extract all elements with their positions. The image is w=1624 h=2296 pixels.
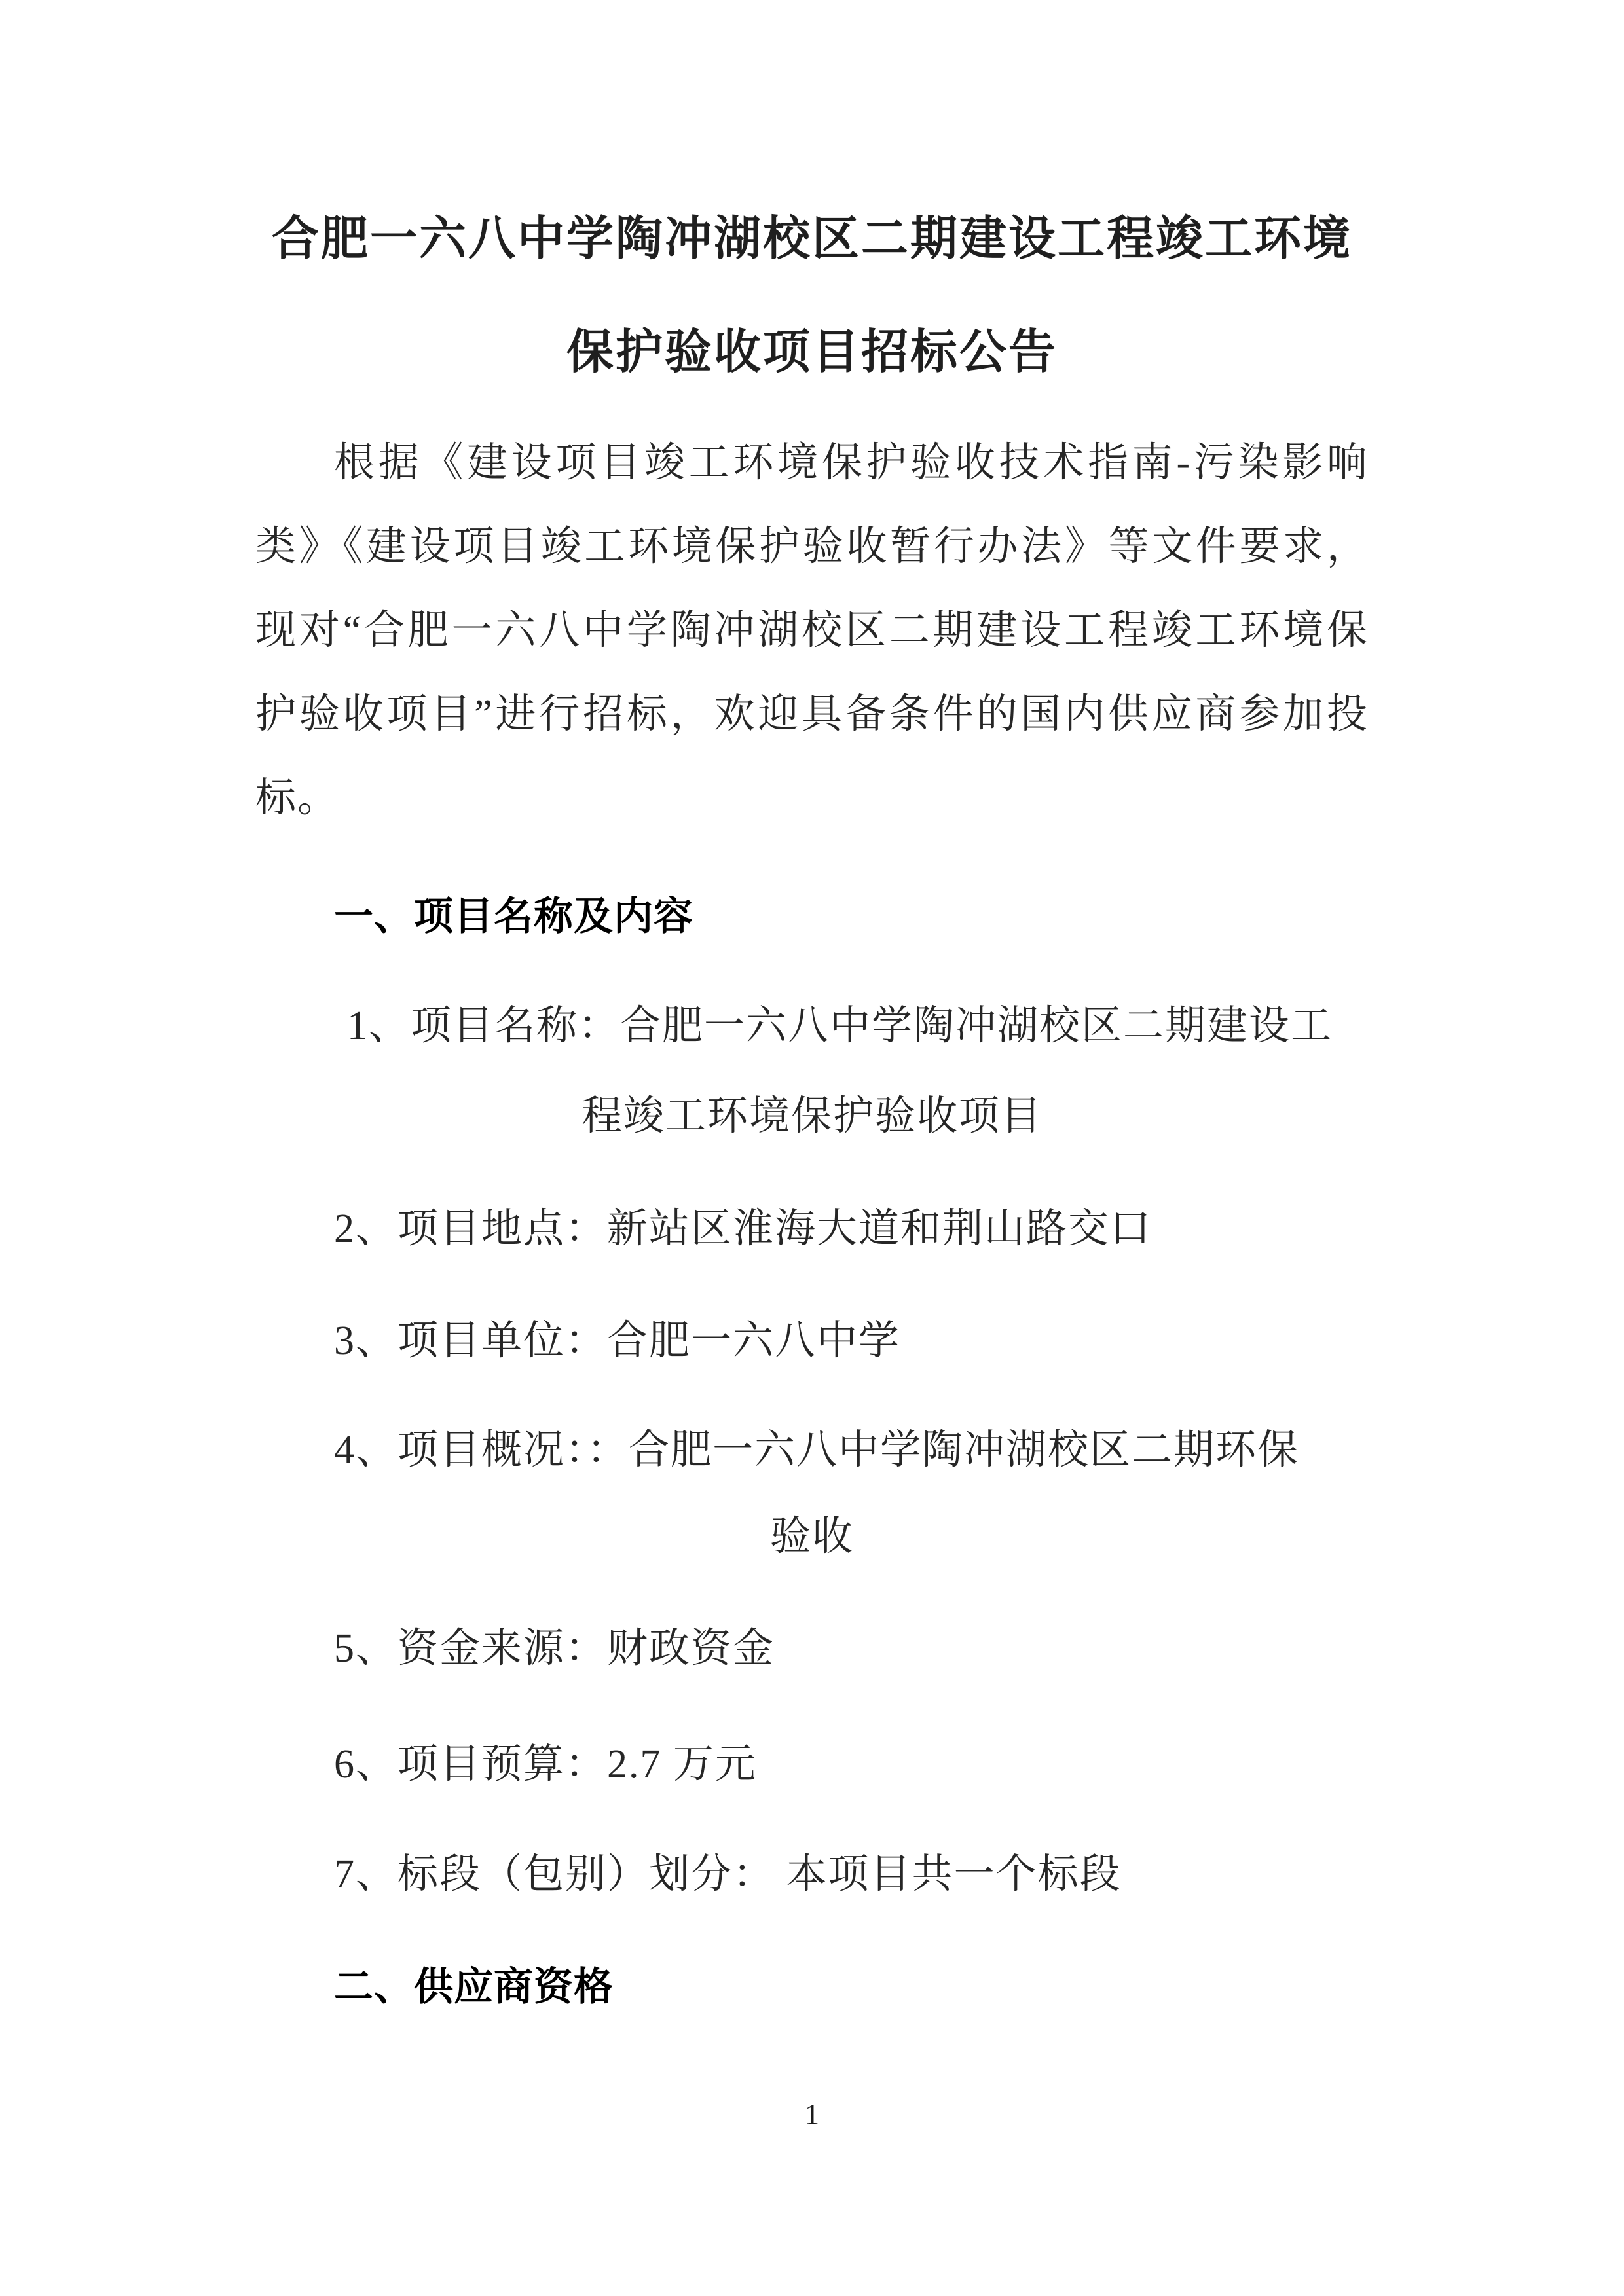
document-content: 合肥一六八中学陶冲湖校区二期建设工程竣工环境 保护验收项目招标公告 根据《建设项… [255, 0, 1369, 2016]
document-title-line-2: 保护验收项目招标公告 [255, 316, 1369, 388]
intro-line-4: 护验收项目”进行招标，欢迎具备条件的国内供应商参加投 [255, 685, 1369, 744]
section-2-heading: 二、供应商资格 [255, 1958, 1369, 2016]
intro-line-2: 类》《建设项目竣工环境保护验收暂行办法》等文件要求， [255, 517, 1369, 576]
item-5: 5、资金来源：财政资金 [255, 1619, 1369, 1678]
document-title-line-1: 合肥一六八中学陶冲湖校区二期建设工程竣工环境 [255, 203, 1369, 275]
item-6: 6、项目预算：2.7 万元 [255, 1735, 1369, 1794]
intro-line-3: 现对“合肥一六八中学陶冲湖校区二期建设工程竣工环境保 [255, 601, 1369, 660]
item-3: 3、项目单位：合肥一六八中学 [255, 1311, 1369, 1370]
document-page: 合肥一六八中学陶冲湖校区二期建设工程竣工环境 保护验收项目招标公告 根据《建设项… [0, 0, 1624, 2296]
item-7: 7、标段（包别）划分： 本项目共一个标段 [255, 1845, 1369, 1904]
intro-line-1: 根据《建设项目竣工环境保护验收技术指南-污染影响 [255, 433, 1369, 492]
intro-line-5: 标。 [255, 769, 1369, 828]
section-1-heading: 一、项目名称及内容 [255, 887, 1369, 946]
page-number: 1 [0, 2085, 1624, 2144]
item-2: 2、项目地点：新站区淮海大道和荆山路交口 [255, 1199, 1369, 1258]
item-1-line-1: 1、项目名称：合肥一六八中学陶冲湖校区二期建设工 [255, 996, 1369, 1055]
item-1-line-2: 程竣工环境保护验收项目 [255, 1087, 1369, 1146]
item-4-line-1: 4、项目概况：：合肥一六八中学陶冲湖校区二期环保 [255, 1421, 1369, 1480]
item-4-line-2: 验收 [255, 1507, 1369, 1566]
